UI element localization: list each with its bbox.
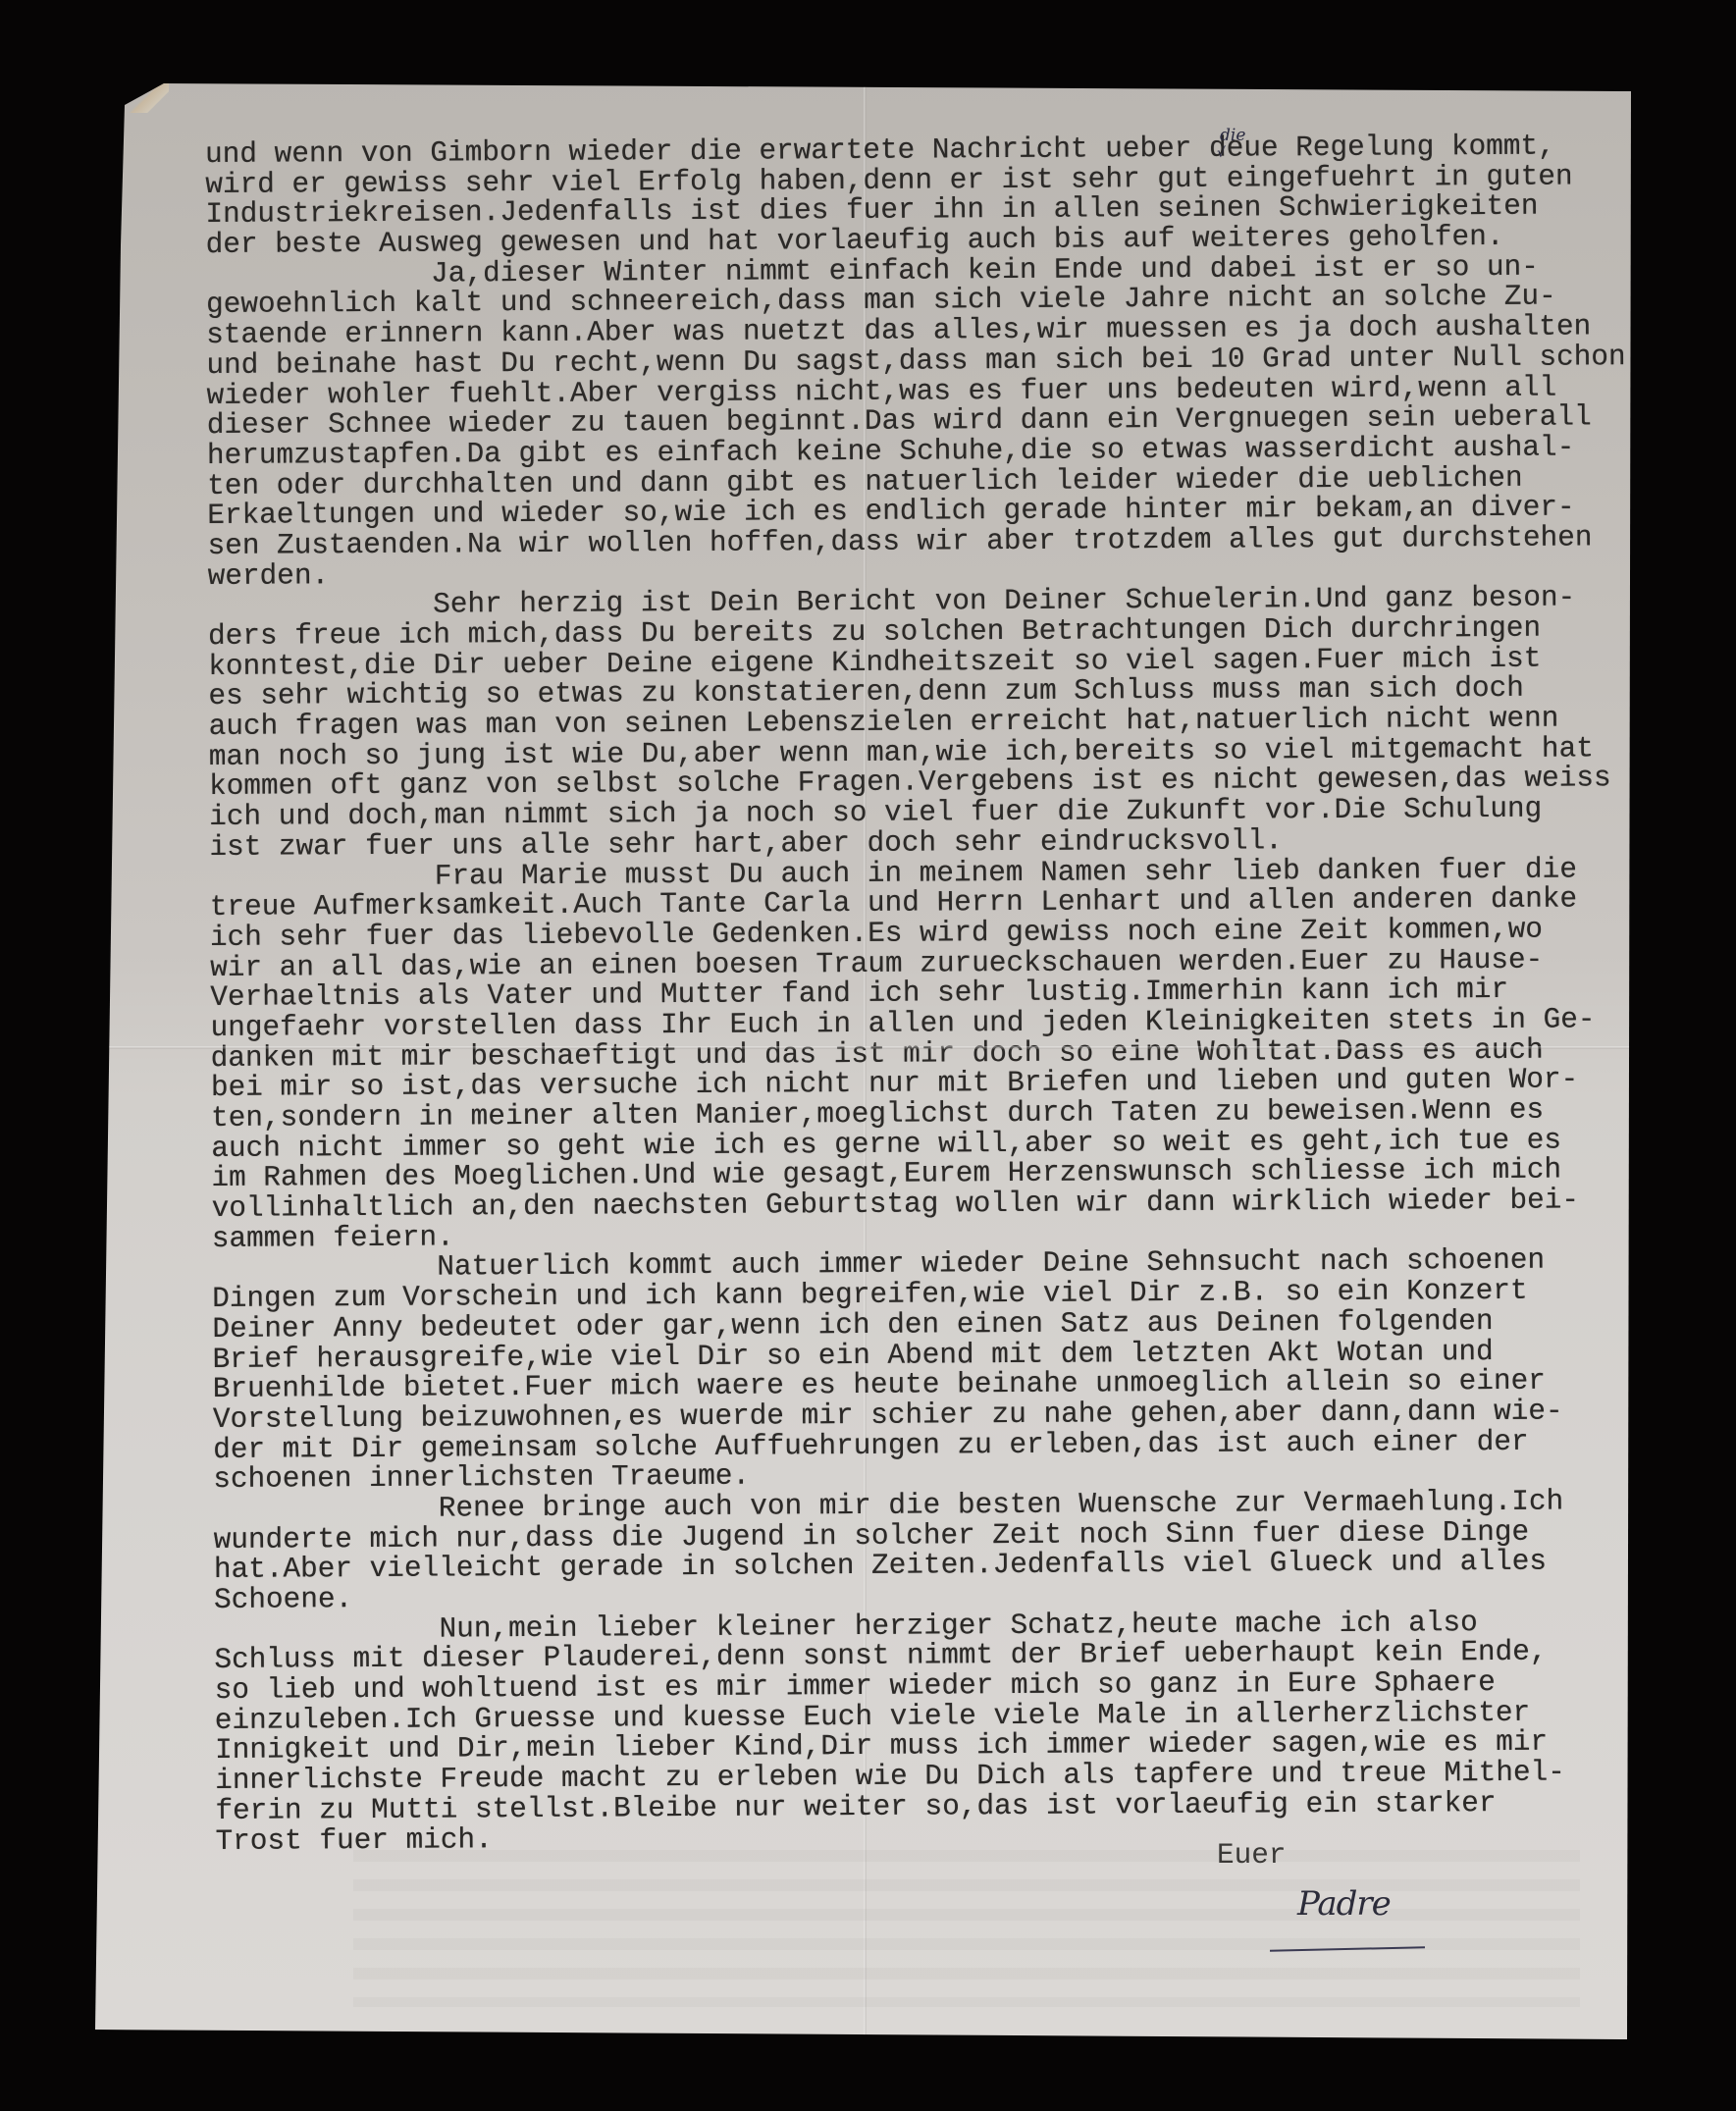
letter-line: Trost fuer mich.: [215, 1818, 1631, 1857]
text-area: und wenn von Gimborn wieder die erwartet…: [0, 0, 1631, 2111]
letter-body: und wenn von Gimborn wieder die erwartet…: [205, 132, 1631, 1857]
insertion-caret-icon: √: [1217, 145, 1226, 161]
closing-salutation: Euer: [1217, 1841, 1287, 1872]
handwritten-insertion: die: [1220, 126, 1245, 145]
letter-paper: und wenn von Gimborn wieder die erwartet…: [0, 0, 1736, 2111]
signature: Padre: [1297, 1884, 1391, 1924]
